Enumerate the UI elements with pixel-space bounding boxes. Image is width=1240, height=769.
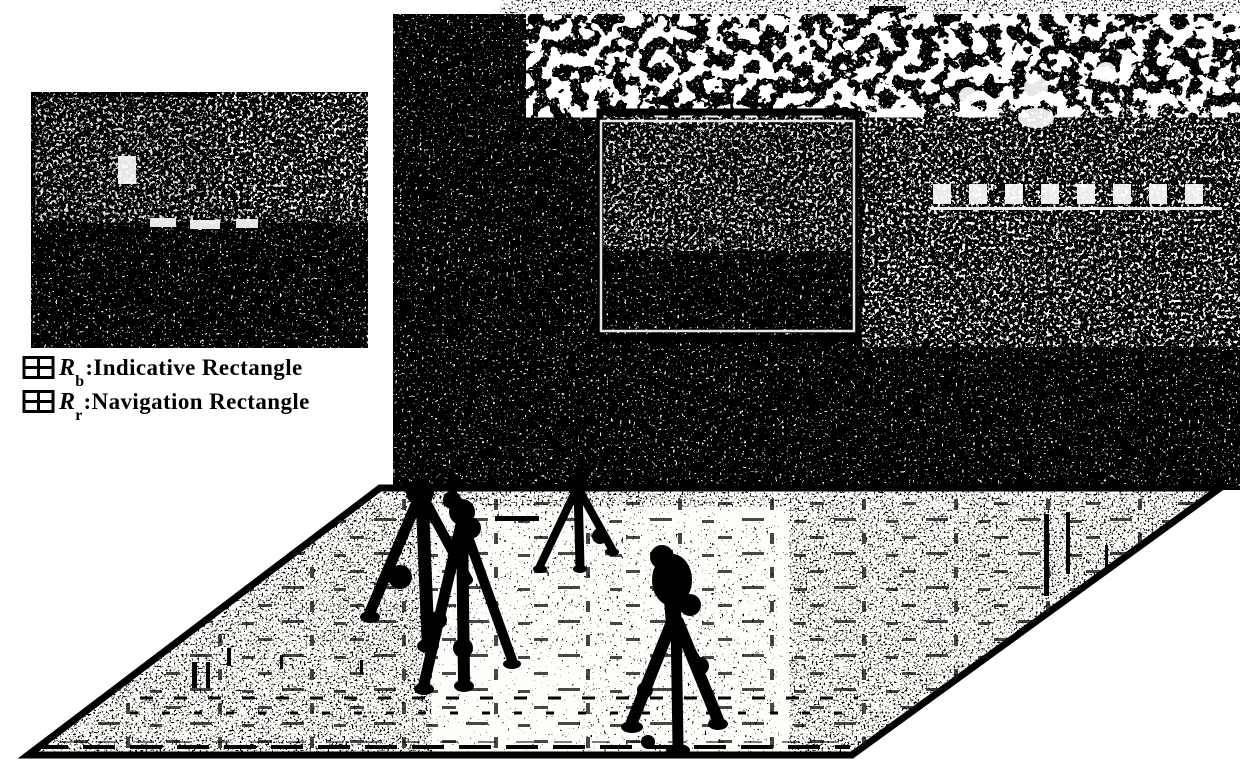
legend-text: Rb:Indicative Rectangle	[59, 352, 303, 384]
mural-wall-image	[393, 0, 1240, 490]
legend-item-indicative-rectangle: Rb:Indicative Rectangle	[22, 352, 310, 384]
legend-label: :Navigation Rectangle	[84, 389, 310, 414]
legend-symbol: R	[59, 355, 75, 381]
legend-text: Rr:Navigation Rectangle	[59, 386, 310, 418]
legend-item-navigation-rectangle: Rr:Navigation Rectangle	[22, 386, 310, 418]
legend-subscript: r	[75, 407, 82, 424]
crosshair-rectangle-icon	[22, 389, 56, 415]
legend-symbol: R	[59, 389, 75, 415]
legend: Rb:Indicative Rectangle Rr:Navigation Re…	[22, 352, 310, 418]
figure-canvas: Rb:Indicative Rectangle Rr:Navigation Re…	[0, 0, 1240, 769]
crosshair-rectangle-icon	[22, 355, 56, 381]
legend-label: :Indicative Rectangle	[85, 355, 302, 380]
legend-subscript: b	[75, 373, 84, 390]
mural-thumbnail-image	[31, 92, 368, 348]
